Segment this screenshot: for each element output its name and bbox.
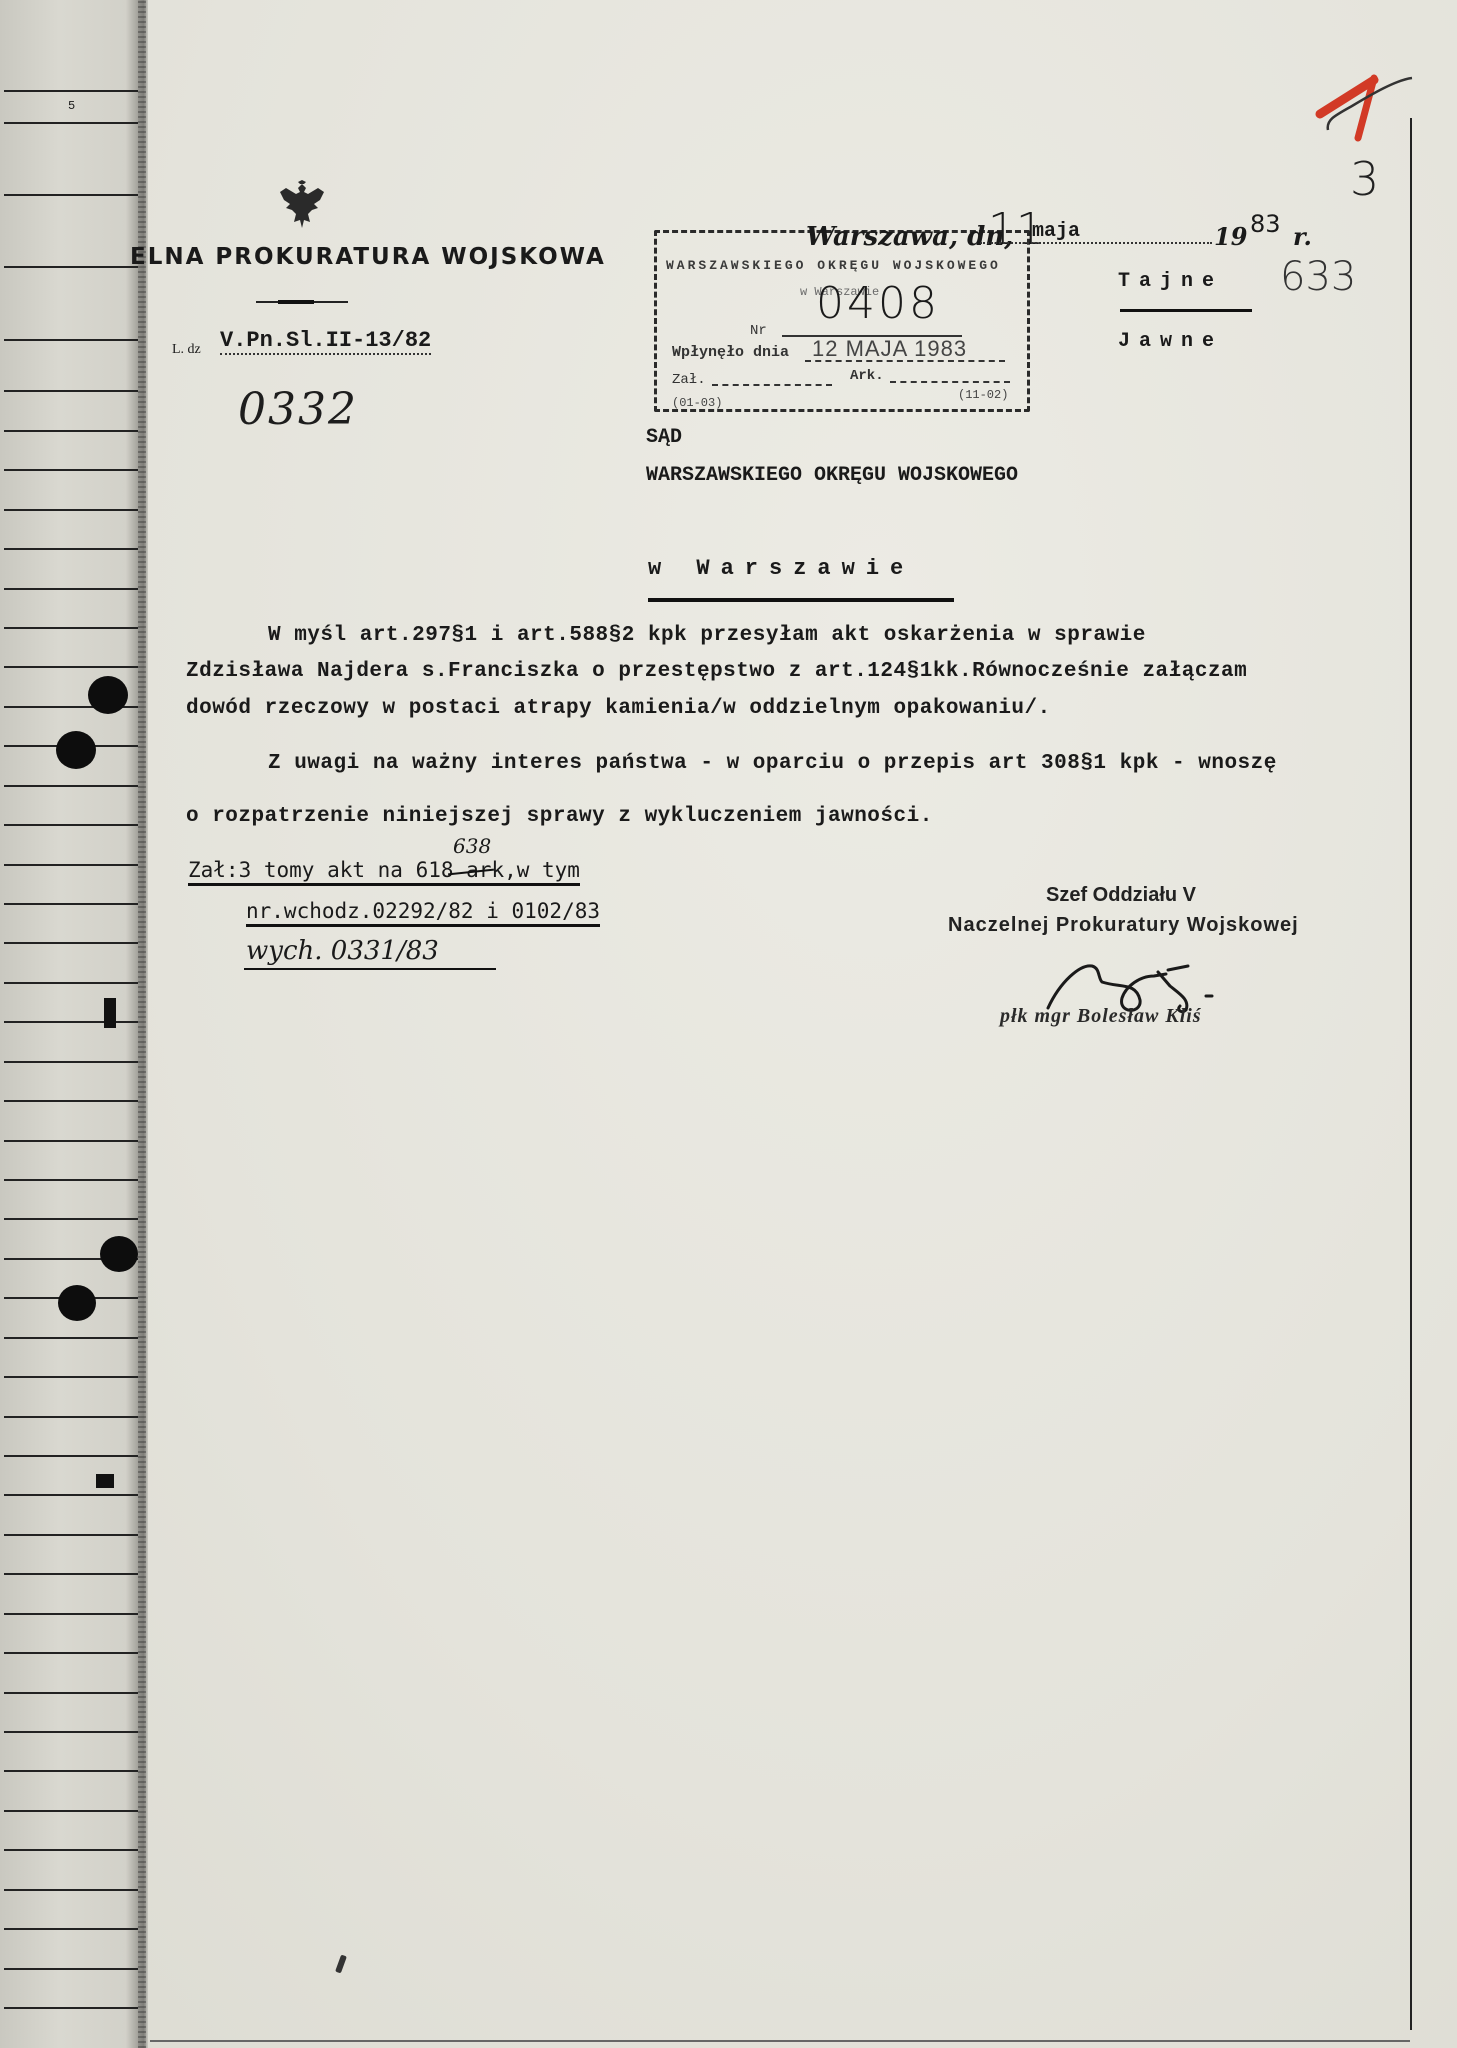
reference-label: L. dz (172, 342, 201, 358)
body-line: dowód rzeczowy w postaci atrapy kamienia… (186, 697, 1051, 720)
strip-line (4, 1494, 138, 1496)
bottom-edge (150, 2040, 1410, 2042)
body-line: Zdzisława Najdera s.Franciszka o przestę… (186, 660, 1247, 683)
addressee-line-3: w Warszawie (648, 556, 914, 581)
strip-line (4, 1889, 138, 1891)
strip-line (4, 1731, 138, 1733)
strip-line (4, 1140, 138, 1142)
body-line: Z uwagi na ważny interes państwa - w opa… (268, 752, 1277, 775)
strip-line (4, 1770, 138, 1772)
classification-underline (1120, 309, 1252, 312)
stamp-sheets-line (890, 381, 1010, 383)
strip-line (4, 548, 138, 550)
strip-line (4, 469, 138, 471)
classification-tajne: Tajne (1118, 270, 1223, 293)
strip-line (4, 824, 138, 826)
strip-line (4, 390, 138, 392)
signatory-title-1: Szef Oddziału V (1046, 884, 1196, 907)
addressee-line-1: SĄD (646, 426, 682, 449)
stamp-nr-label: Nr (750, 323, 767, 339)
body-line: W myśl art.297§1 i art.588§2 kpk przesył… (268, 624, 1146, 647)
date-year-prefix: 19 (1214, 222, 1247, 251)
strip-line (4, 1534, 138, 1536)
stamp-code-right: (11-02) (958, 388, 1008, 402)
stamp-received-date: 12 MAJA 1983 (812, 336, 967, 362)
strip-line (4, 1376, 138, 1378)
addressee-underline (648, 598, 954, 602)
enclosures-correction: 638 (453, 834, 491, 858)
strip-line (4, 122, 138, 124)
strip-line (4, 864, 138, 866)
signatory-name: płk mgr Bolesław Kliś (1000, 1005, 1202, 1028)
strip-line (4, 1061, 138, 1063)
strip-line (4, 1613, 138, 1615)
stamp-attachments-label: Zał. (672, 372, 706, 388)
strip-line (4, 1573, 138, 1575)
enclosures-line-1: Zał:3 tomy akt na 618 ark,w tym (188, 858, 580, 886)
strip-line (4, 1455, 138, 1457)
date-suffix: r. (1293, 222, 1312, 251)
strip-line (4, 339, 138, 341)
reference-number: V.Pn.Sl.II-13/82 (220, 328, 431, 355)
stamp-sheets-label: Ark. (850, 368, 884, 384)
strip-line (4, 1692, 138, 1694)
strip-line (4, 666, 138, 668)
strip-line (4, 982, 138, 984)
polish-eagle-emblem-icon (274, 178, 330, 234)
punch-hole (88, 676, 128, 714)
strip-number: 5 (68, 99, 75, 113)
paper-tear (104, 998, 116, 1028)
strip-line (4, 588, 138, 590)
strip-line (4, 903, 138, 905)
strip-line (4, 90, 138, 92)
date-city: Warszawa, dn, (806, 222, 1013, 252)
strip-line (4, 266, 138, 268)
handwritten-outgoing-number: 0332 (238, 384, 358, 435)
enclosures-line-3-underline (244, 968, 496, 970)
header-divider-accent (278, 300, 314, 304)
strip-line (4, 2007, 138, 2009)
strip-line (4, 1652, 138, 1654)
strip-line (4, 509, 138, 511)
date-year: 83 (1250, 210, 1281, 238)
stamp-received-line (805, 360, 1005, 362)
strip-line (4, 1218, 138, 1220)
strip-line (4, 1100, 138, 1102)
page-number: 3 (1350, 152, 1379, 206)
strip-line (4, 1337, 138, 1339)
paper-tear (96, 1474, 114, 1488)
strip-line (4, 1928, 138, 1930)
strip-line (4, 785, 138, 787)
binding-strip-edge (138, 0, 146, 2048)
strip-line (4, 1849, 138, 1851)
stamp-attachments-line (712, 384, 832, 386)
right-margin-rule (1410, 118, 1412, 2030)
enclosures-line-3: wych. 0331/83 (246, 936, 439, 966)
punch-hole (100, 1236, 138, 1272)
strip-line (4, 942, 138, 944)
strip-line (4, 1021, 138, 1023)
ink-mark (335, 1955, 347, 1974)
strip-line (4, 194, 138, 196)
strip-line (4, 1179, 138, 1181)
date-dotted-line (980, 242, 1212, 244)
enclosures-line-2: nr.wchodz.02292/82 i 0102/83 (246, 899, 600, 927)
addressee-line-2: WARSZAWSKIEGO OKRĘGU WOJSKOWEGO (646, 464, 1018, 487)
body-line: o rozpatrzenie niniejszej sprawy z wyklu… (186, 805, 933, 828)
strip-line (4, 1416, 138, 1418)
institution-name: ELNA PROKURATURA WOJSKOWA (130, 244, 606, 270)
strip-line (4, 430, 138, 432)
classification-jawne: Jawne (1118, 330, 1223, 353)
strip-line (4, 627, 138, 629)
handwritten-classification-number: 633 (1280, 254, 1356, 300)
enclosures-struck-count: 618 (416, 858, 454, 882)
document-page: 5 ELNA PROKURATURA WOJSKOWA L. dz V.Pn.S… (0, 0, 1457, 2048)
red-folio-mark-icon (1312, 56, 1422, 146)
punch-hole (58, 1285, 96, 1321)
stamp-header: WARSZAWSKIEGO OKRĘGU WOJSKOWEGO (666, 258, 1001, 273)
stamp-handwritten-number: 0408 (816, 278, 940, 329)
enclosures-prefix: Zał:3 tomy akt na (188, 858, 416, 882)
stamp-code-left: (01-03) (672, 396, 722, 410)
punch-hole (56, 731, 96, 769)
date-month: maja (1032, 220, 1080, 243)
signatory-title-2: Naczelnej Prokuratury Wojskowej (948, 914, 1299, 937)
strip-line (4, 1968, 138, 1970)
binding-strip: 5 (0, 0, 148, 2048)
strip-line (4, 1810, 138, 1812)
stamp-received-label: Wpłynęło dnia (672, 344, 789, 361)
